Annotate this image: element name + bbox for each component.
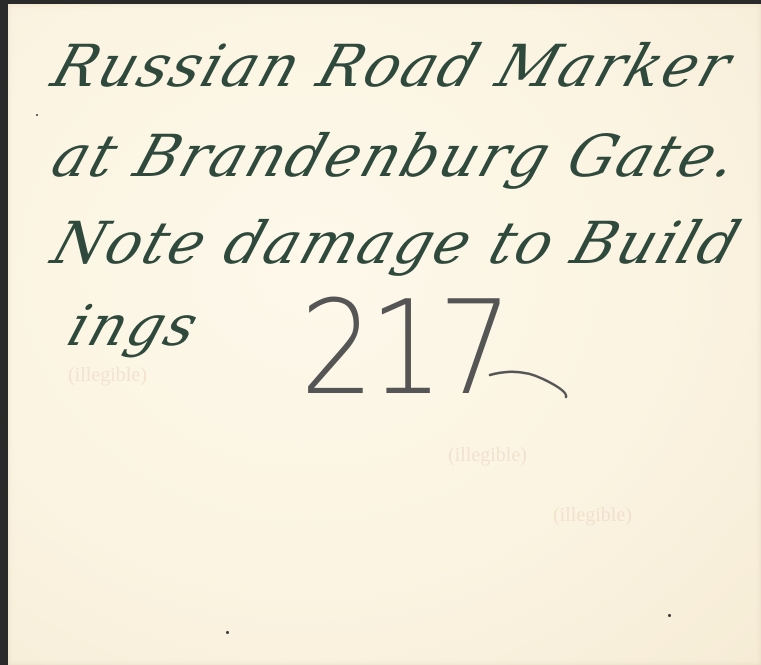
paper-speck <box>36 114 38 116</box>
paper-speck <box>226 631 229 634</box>
pencil-flourish-icon <box>488 369 568 399</box>
pencil-number: 217 <box>300 272 507 424</box>
bleed-through-mark: (illegible) <box>68 364 147 387</box>
inscription-line-3: Note damage to Build <box>44 209 750 277</box>
bleed-through-mark: (illegible) <box>448 444 527 467</box>
inscription-line-1: Russian Road Marker <box>44 32 741 100</box>
bleed-through-mark: (illegible) <box>553 504 632 527</box>
inscription-line-4: ings <box>60 294 208 359</box>
paper-speck <box>668 614 671 617</box>
photo-card-back: (illegible) (illegible) (illegible) Russ… <box>8 4 761 665</box>
inscription-line-2: at Brandenburg Gate. <box>44 122 748 190</box>
